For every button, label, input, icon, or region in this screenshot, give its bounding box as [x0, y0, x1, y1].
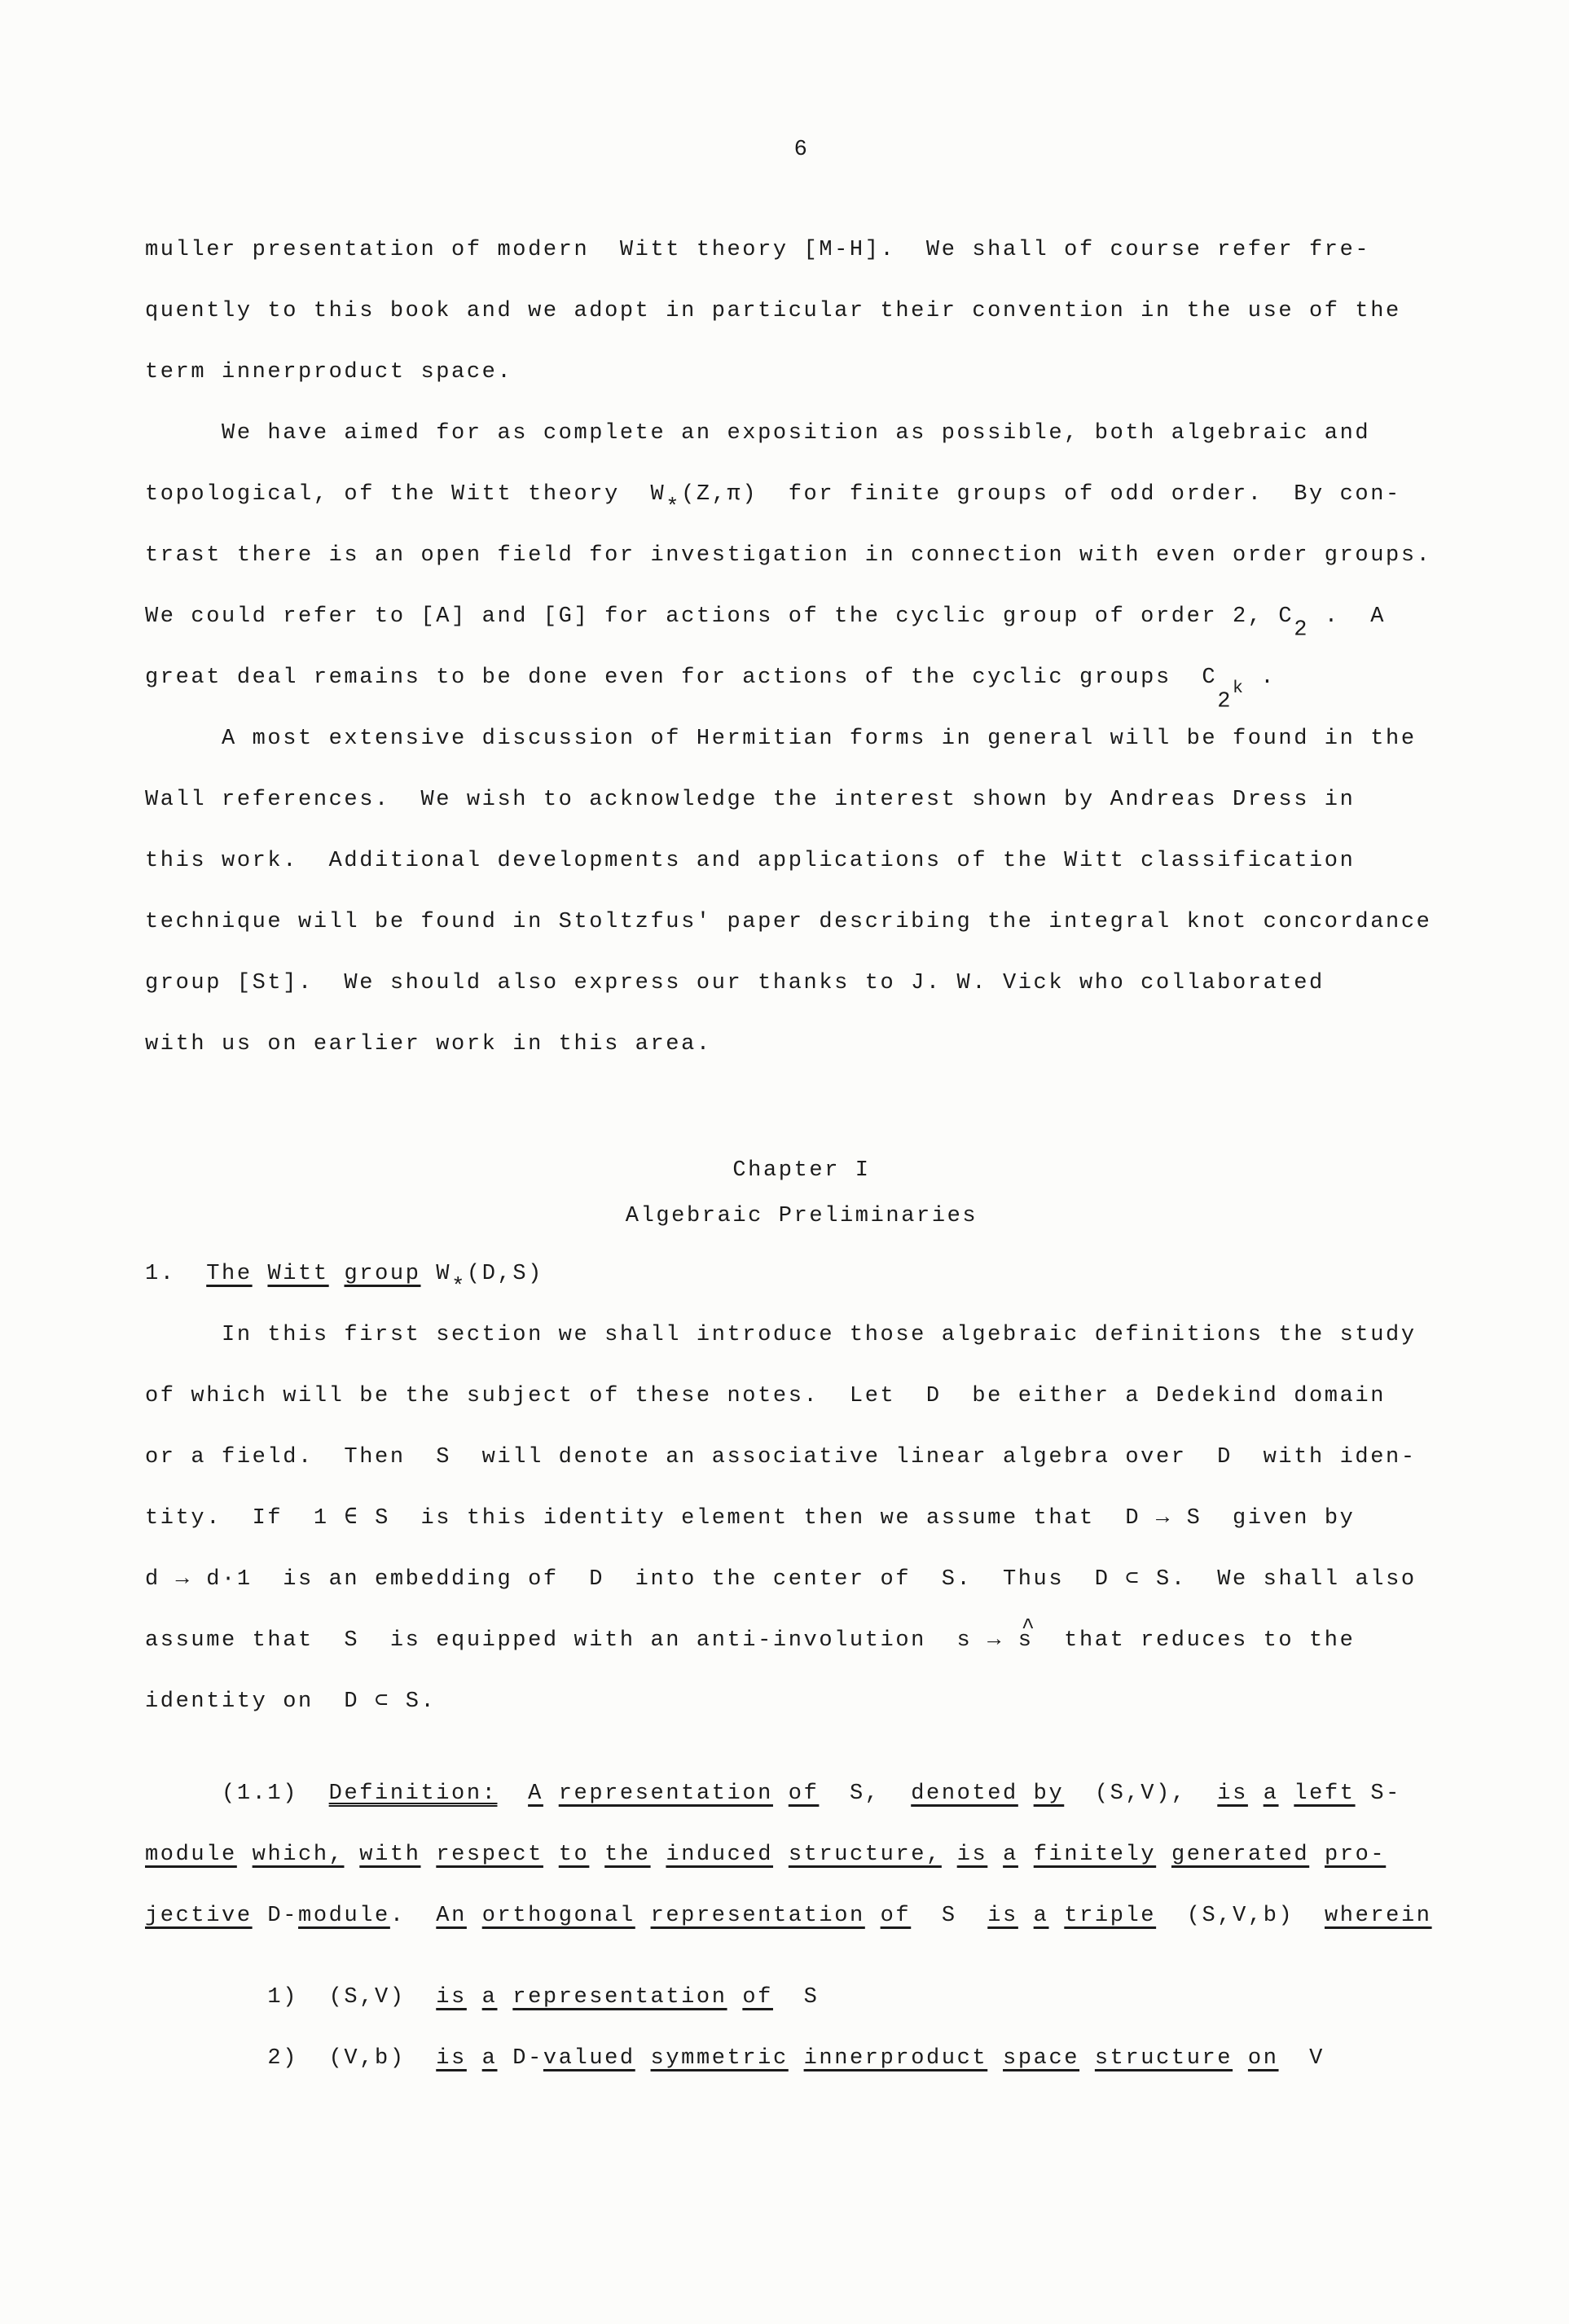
text-line: d → d·1 is an embedding of D into the ce…	[145, 1566, 1417, 1593]
list-item: 1) (S,V) is a representation of S	[145, 1984, 819, 2011]
text-line: technique will be found in Stoltzfus' pa…	[145, 908, 1431, 936]
text-line: We could refer to [A] and [G] for action…	[145, 603, 1386, 630]
text-line: term innerproduct space.	[145, 358, 512, 386]
text-line: trast there is an open field for investi…	[145, 542, 1431, 569]
text-line: quently to this book and we adopt in par…	[145, 297, 1401, 325]
text-line: great deal remains to be done even for a…	[145, 664, 1276, 692]
text-line: or a field. Then S will denote an associ…	[145, 1443, 1417, 1471]
definition-line: (1.1) Definition: A representation of S,…	[145, 1780, 1401, 1808]
page-number: 6	[145, 136, 1458, 164]
text-line: assume that S is equipped with an anti-i…	[145, 1627, 1355, 1654]
text-line: Wall references. We wish to acknowledge …	[145, 786, 1355, 814]
text-line: In this first section we shall introduce…	[145, 1321, 1417, 1349]
chapter-heading: Chapter I	[145, 1157, 1458, 1184]
list-item: 2) (V,b) is a D-valued symmetric innerpr…	[145, 2045, 1325, 2072]
chapter-subheading: Algebraic Preliminaries	[145, 1202, 1458, 1230]
text-line: topological, of the Witt theory W*(Z,π) …	[145, 481, 1401, 508]
text-line: this work. Additional developments and a…	[145, 847, 1355, 875]
text-line: muller presentation of modern Witt theor…	[145, 236, 1370, 264]
text-line: tity. If 1 ∈ S is this identity element …	[145, 1505, 1355, 1532]
scanned-document-page: 6muller presentation of modern Witt theo…	[0, 0, 1569, 2324]
definition-line: jective D-module. An orthogonal represen…	[145, 1902, 1432, 1930]
text-line: group [St]. We should also express our t…	[145, 969, 1325, 997]
text-line: A most extensive discussion of Hermitian…	[145, 725, 1417, 753]
text-line: with us on earlier work in this area.	[145, 1030, 712, 1058]
text-line: We have aimed for as complete an exposit…	[145, 420, 1370, 447]
text-line: identity on D ⊂ S.	[145, 1688, 436, 1716]
definition-line: module which, with respect to the induce…	[145, 1841, 1386, 1869]
text-line: of which will be the subject of these no…	[145, 1382, 1386, 1410]
section-heading: 1. The Witt group W*(D,S)	[145, 1260, 543, 1288]
